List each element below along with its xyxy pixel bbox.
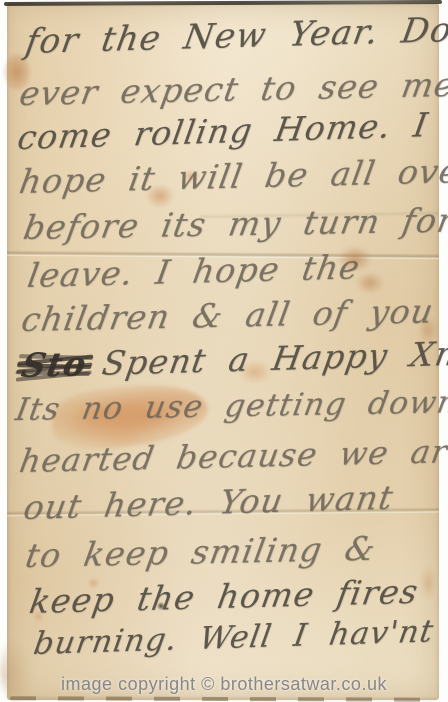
handwriting-line: before its my turn for: [21, 200, 448, 247]
handwriting-line: Its no use getting down-: [13, 384, 448, 428]
handwriting-line: to keep smiling &: [23, 529, 380, 575]
scribbled-word: Sto: [19, 344, 90, 385]
paper-bottom-edge: [10, 696, 436, 701]
letter-scan: for the New Year. Dont ever expect to se…: [0, 0, 448, 702]
copyright-watermark: image copyright © brothersatwar.co.uk: [0, 674, 448, 695]
